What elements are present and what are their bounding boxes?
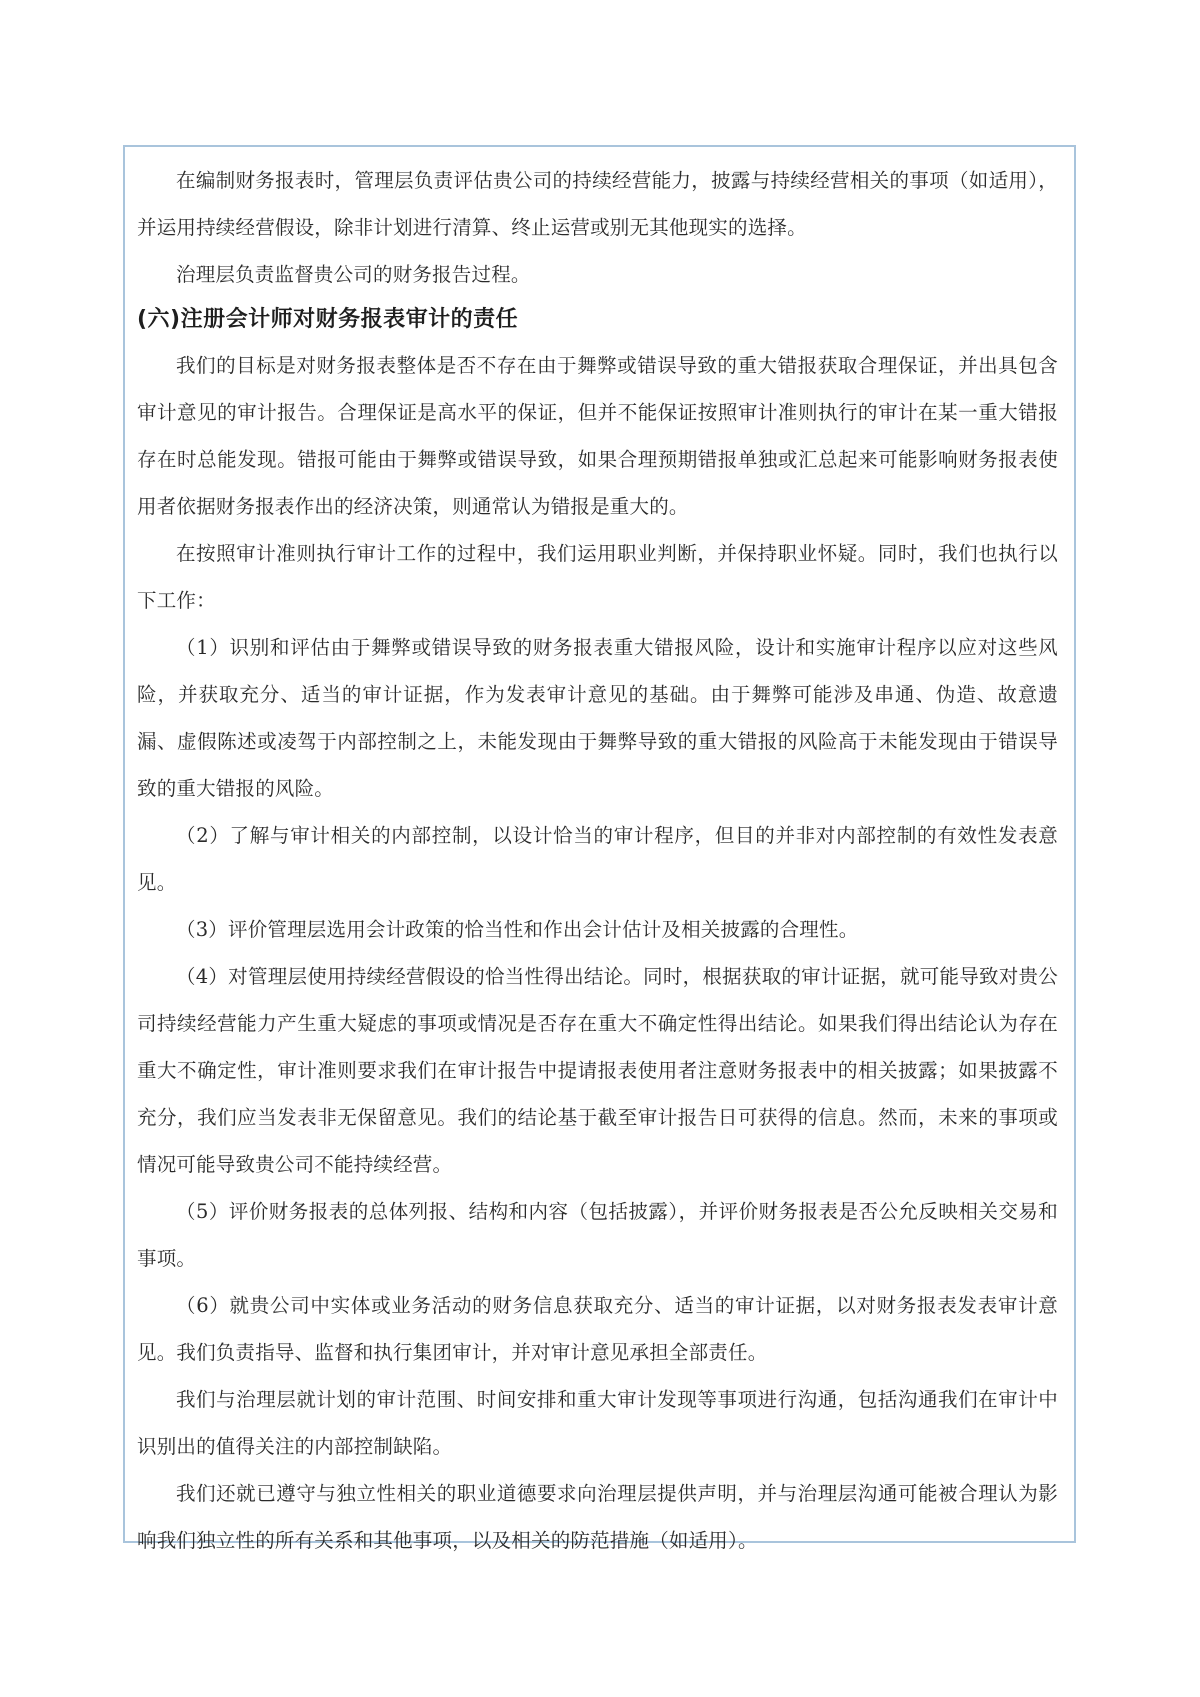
list-item-3-accounting-policies: （3）评价管理层选用会计政策的恰当性和作出会计估计及相关披露的合理性。 — [137, 906, 1058, 953]
list-item-5-overall-presentation: （5）评价财务报表的总体列报、结构和内容（包括披露），并评价财务报表是否公允反映… — [137, 1188, 1058, 1282]
list-item-4-going-concern-conclusion: （4）对管理层使用持续经营假设的恰当性得出结论。同时，根据获取的审计证据，就可能… — [137, 953, 1058, 1188]
paragraph-governance-oversight: 治理层负责监督贵公司的财务报告过程。 — [137, 251, 1058, 298]
list-item-6-group-audit: （6）就贵公司中实体或业务活动的财务信息获取充分、适当的审计证据，以对财务报表发… — [137, 1282, 1058, 1376]
list-item-2-internal-control: （2）了解与审计相关的内部控制，以设计恰当的审计程序，但目的并非对内部控制的有效… — [137, 812, 1058, 906]
paragraph-professional-judgment: 在按照审计准则执行审计工作的过程中，我们运用职业判断，并保持职业怀疑。同时，我们… — [137, 530, 1058, 624]
list-item-1-risk-assessment: （1）识别和评估由于舞弊或错误导致的财务报表重大错报风险，设计和实施审计程序以应… — [137, 624, 1058, 812]
paragraph-going-concern: 在编制财务报表时，管理层负责评估贵公司的持续经营能力，披露与持续经营相关的事项（… — [137, 157, 1058, 251]
paragraph-communication-governance: 我们与治理层就计划的审计范围、时间安排和重大审计发现等事项进行沟通，包括沟通我们… — [137, 1376, 1058, 1470]
paragraph-audit-objective: 我们的目标是对财务报表整体是否不存在由于舞弊或错误导致的重大错报获取合理保证，并… — [137, 342, 1058, 530]
section-heading-auditor-responsibility: (六)注册会计师对财务报表审计的责任 — [137, 298, 1058, 342]
document-content-box: 在编制财务报表时，管理层负责评估贵公司的持续经营能力，披露与持续经营相关的事项（… — [123, 145, 1076, 1543]
paragraph-independence-statement: 我们还就已遵守与独立性相关的职业道德要求向治理层提供声明，并与治理层沟通可能被合… — [137, 1470, 1058, 1564]
